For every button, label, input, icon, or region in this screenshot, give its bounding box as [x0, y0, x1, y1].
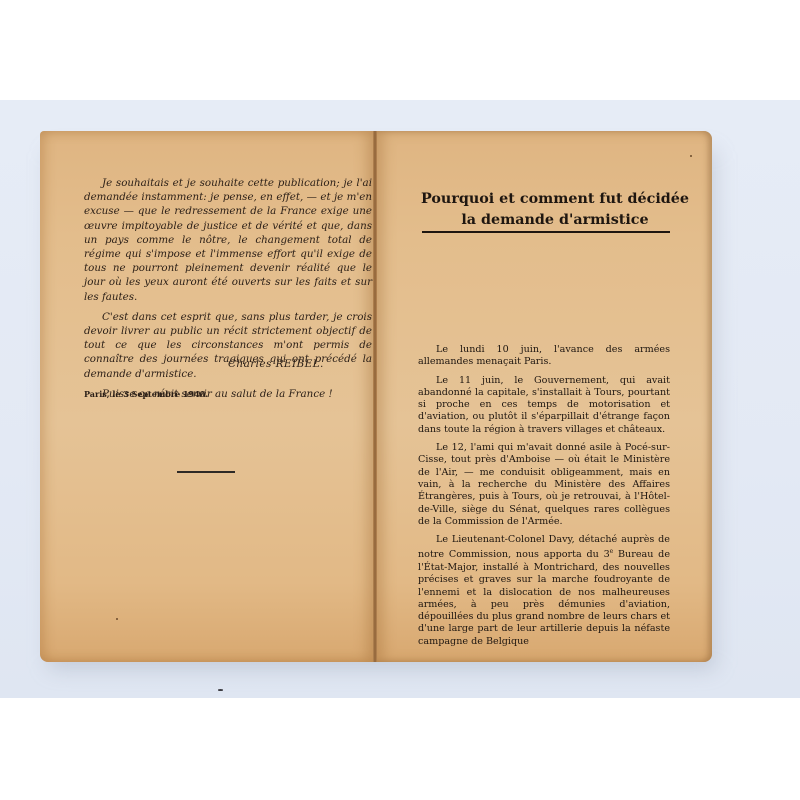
chapter-heading: Pourquoi et comment fut décidée la deman…	[400, 189, 710, 231]
body-paragraph: Le 12, l'ami qui m'avait donné asile à P…	[418, 442, 670, 528]
chapter-heading-line: la demande d'armistice	[400, 210, 710, 231]
preface-paragraph: Je souhaitais et je souhaite cette publi…	[84, 176, 372, 304]
section-divider	[177, 471, 235, 473]
body-paragraph: Le Lieutenant-Colonel Davy, détaché aupr…	[418, 534, 670, 648]
book-gutter	[373, 131, 377, 662]
dateline: Paris, le 3 Septembre 1940.	[84, 389, 208, 399]
chapter-body: Le lundi 10 juin, l'avance des armées al…	[418, 344, 670, 654]
body-paragraph: Le 11 juin, le Gouvernement, qui avait a…	[418, 375, 670, 436]
heading-underline	[422, 231, 670, 233]
paper-speck	[116, 618, 118, 620]
preface-paragraph: C'est dans cet esprit que, sans plus tar…	[84, 310, 372, 381]
body-paragraph: Le lundi 10 juin, l'avance des armées al…	[418, 344, 670, 369]
paper-speck	[690, 155, 692, 157]
body-text: Bureau de l'État-Major, installé à Montr…	[418, 550, 670, 647]
author-signature: Charles REIBEL.	[228, 358, 324, 370]
chapter-heading-line: Pourquoi et comment fut décidée	[400, 189, 710, 210]
preface-text: Je souhaitais et je souhaite cette publi…	[84, 176, 372, 407]
paper-speck	[218, 689, 223, 691]
